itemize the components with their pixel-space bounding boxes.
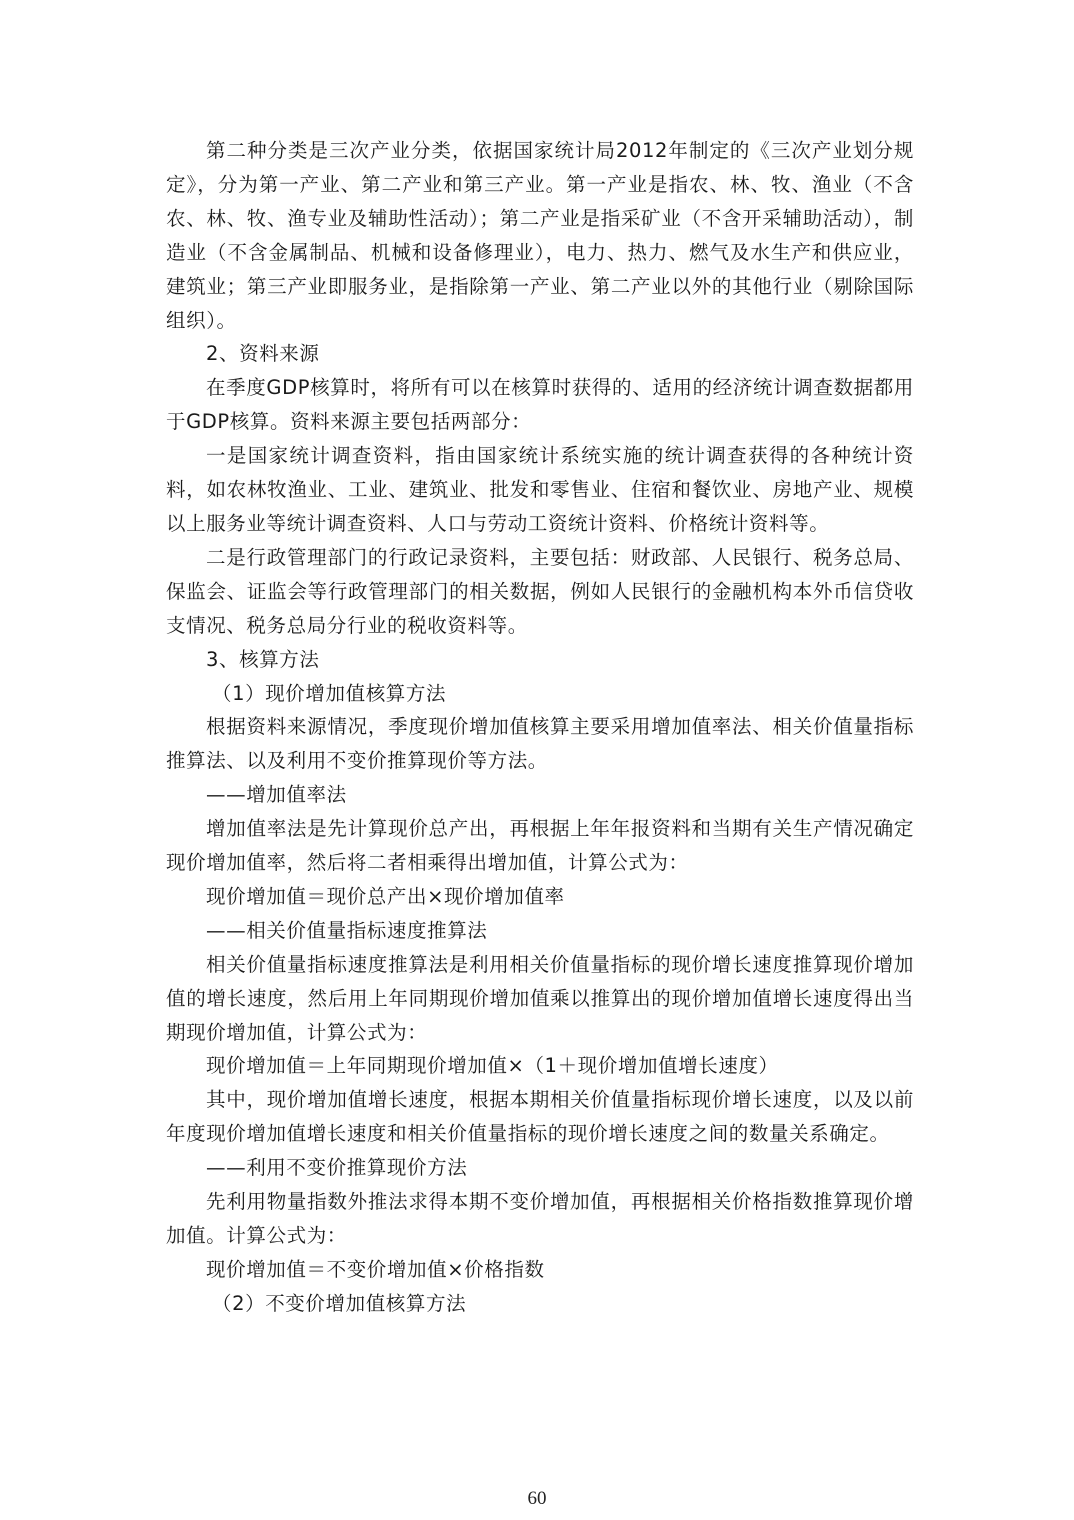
paragraph-related-indicator-speed: 相关价值量指标速度推算法是利用相关价值量指标的现价增长速度推算现价增加值的增长速…	[166, 948, 914, 1050]
paragraph-data-sources-intro: 在季度GDP核算时，将所有可以在核算时获得的、适用的经济统计调查数据都用于GDP…	[166, 371, 914, 439]
heading-accounting-methods: 3、核算方法	[166, 643, 914, 677]
paragraph-constant-to-current: 先利用物量指数外推法求得本期不变价增加值，再根据相关价格指数推算现价增加值。计算…	[166, 1185, 914, 1253]
paragraph-statistical-survey-data: 一是国家统计调查资料，指由国家统计系统实施的统计调查获得的各种统计资料，如农林牧…	[166, 439, 914, 541]
method-title-constant-to-current: ——利用不变价推算现价方法	[166, 1151, 914, 1185]
page-number: 60	[0, 1488, 1074, 1510]
subheading-current-price-method: （1）现价增加值核算方法	[166, 677, 914, 711]
method-title-related-indicator-speed: ——相关价值量指标速度推算法	[166, 914, 914, 948]
formula-constant-to-current: 现价增加值＝不变价增加值×价格指数	[166, 1253, 914, 1287]
body-text: 第二种分类是三次产业分类，依据国家统计局2012年制定的《三次产业划分规定》，分…	[166, 134, 914, 1321]
document-page: 第二种分类是三次产业分类，依据国家统计局2012年制定的《三次产业划分规定》，分…	[0, 0, 1074, 1520]
paragraph-current-price-overview: 根据资料来源情况，季度现价增加值核算主要采用增加值率法、相关价值量指标推算法、以…	[166, 710, 914, 778]
paragraph-administrative-records: 二是行政管理部门的行政记录资料，主要包括：财政部、人民银行、税务总局、保监会、证…	[166, 541, 914, 643]
paragraph-growth-rate-note: 其中，现价增加值增长速度，根据本期相关价值量指标现价增长速度，以及以前年度现价增…	[166, 1083, 914, 1151]
method-title-value-added-rate: ——增加值率法	[166, 778, 914, 812]
heading-data-sources: 2、资料来源	[166, 337, 914, 371]
subheading-constant-price-method: （2）不变价增加值核算方法	[166, 1287, 914, 1321]
paragraph-value-added-rate: 增加值率法是先计算现价总产出，再根据上年年报资料和当期有关生产情况确定现价增加值…	[166, 812, 914, 880]
formula-value-added-rate: 现价增加值＝现价总产出×现价增加值率	[166, 880, 914, 914]
formula-related-indicator-speed: 现价增加值＝上年同期现价增加值×（1＋现价增加值增长速度）	[166, 1049, 914, 1083]
paragraph-industry-classification: 第二种分类是三次产业分类，依据国家统计局2012年制定的《三次产业划分规定》，分…	[166, 134, 914, 337]
